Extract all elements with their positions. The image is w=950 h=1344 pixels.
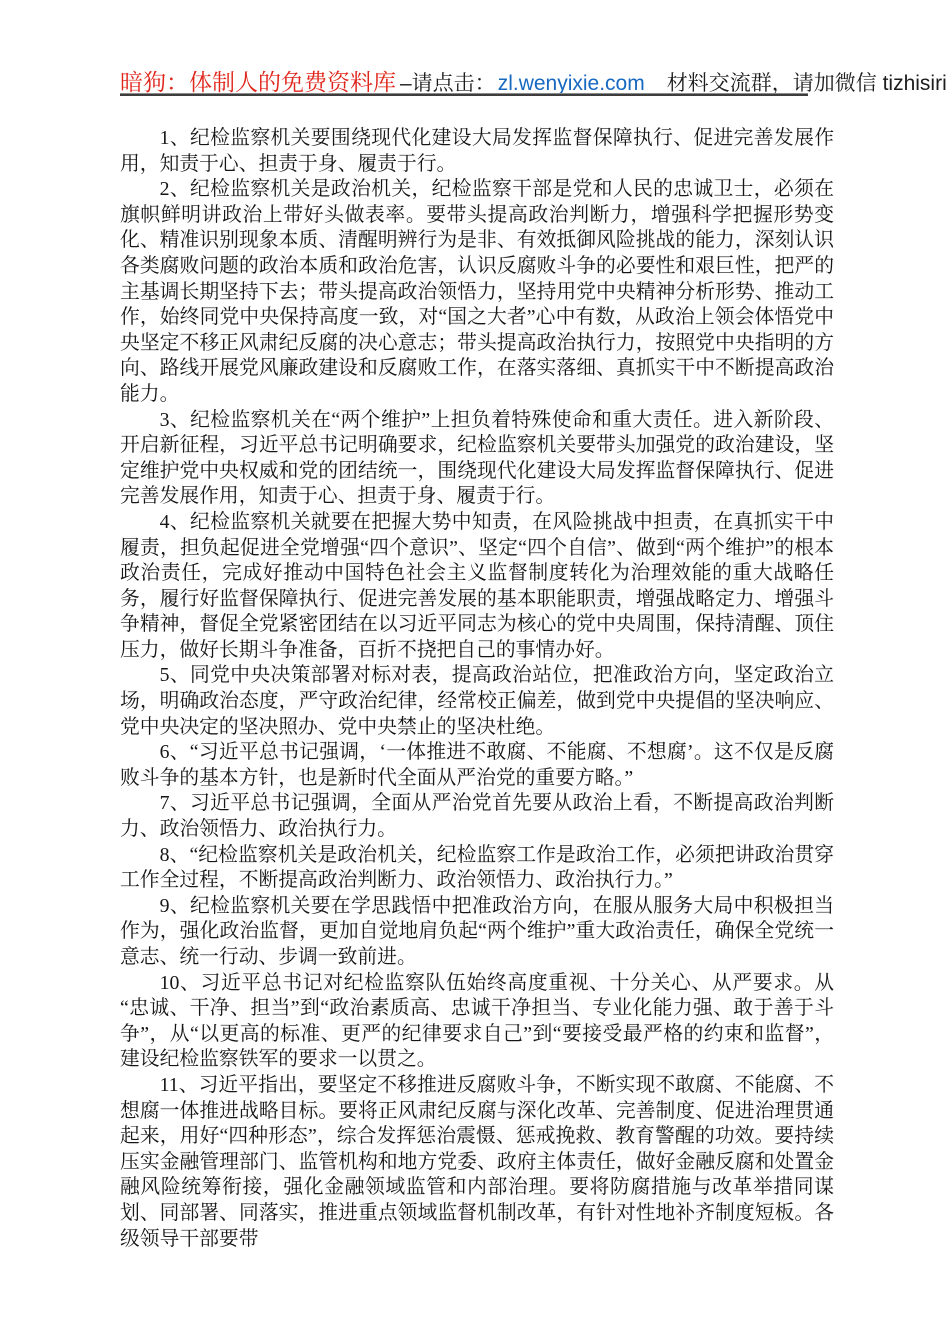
promo-site-name: 暗狗：体制人的免费资料库 xyxy=(120,69,396,95)
header-divider xyxy=(120,93,808,96)
paragraph-3: 3、纪检监察机关在“两个维护”上担负着特殊使命和重大责任。进入新阶段、开启新征程… xyxy=(120,408,834,510)
promo-group-note: 材料交流群，请加微信 tizhisiri xyxy=(667,72,947,95)
paragraph-2: 2、纪检监察机关是政治机关，纪检监察干部是党和人民的忠诚卫士，必须在旗帜鲜明讲政… xyxy=(120,177,834,407)
paragraph-6: 6、“习近平总书记强调，‘一体推进不敢腐、不能腐、不想腐’。这不仅是反腐败斗争的… xyxy=(120,740,834,791)
paragraph-1: 1、纪检监察机关要围绕现代化建设大局发挥监督保障执行、促进完善发展作用，知责于心… xyxy=(120,126,834,177)
paragraph-9: 9、纪检监察机关要在学思践悟中把准政治方向，在服从服务大局中积极担当作为，强化政… xyxy=(120,894,834,971)
paragraph-4: 4、纪检监察机关就要在把握大势中知责，在风险挑战中担责，在真抓实干中履责，担负起… xyxy=(120,510,834,664)
promo-link[interactable]: zl.wenyixie.com xyxy=(498,72,645,95)
paragraph-7: 7、习近平总书记强调，全面从严治党首先要从政治上看，不断提高政治判断力、政治领悟… xyxy=(120,791,834,842)
promo-click-prompt: –请点击： xyxy=(400,72,496,95)
paragraph-5: 5、同党中央决策部署对标对表，提高政治站位，把准政治方向，坚定政治立场，明确政治… xyxy=(120,663,834,740)
paragraph-10: 10、习近平总书记对纪检监察队伍始终高度重视、十分关心、从严要求。从“忠诚、干净… xyxy=(120,971,834,1073)
paragraph-8: 8、“纪检监察机关是政治机关，纪检监察工作是政治工作，必须把讲政治贯穿工作全过程… xyxy=(120,843,834,894)
document-body: 1、纪检监察机关要围绕现代化建设大局发挥监督保障执行、促进完善发展作用，知责于心… xyxy=(120,126,834,1252)
document-page: 暗狗：体制人的免费资料库–请点击：zl.wenyixie.com材料交流群，请加… xyxy=(0,0,950,1344)
paragraph-11: 11、习近平指出，要坚定不移推进反腐败斗争，不断实现不敢腐、不能腐、不想腐一体推… xyxy=(120,1073,834,1252)
